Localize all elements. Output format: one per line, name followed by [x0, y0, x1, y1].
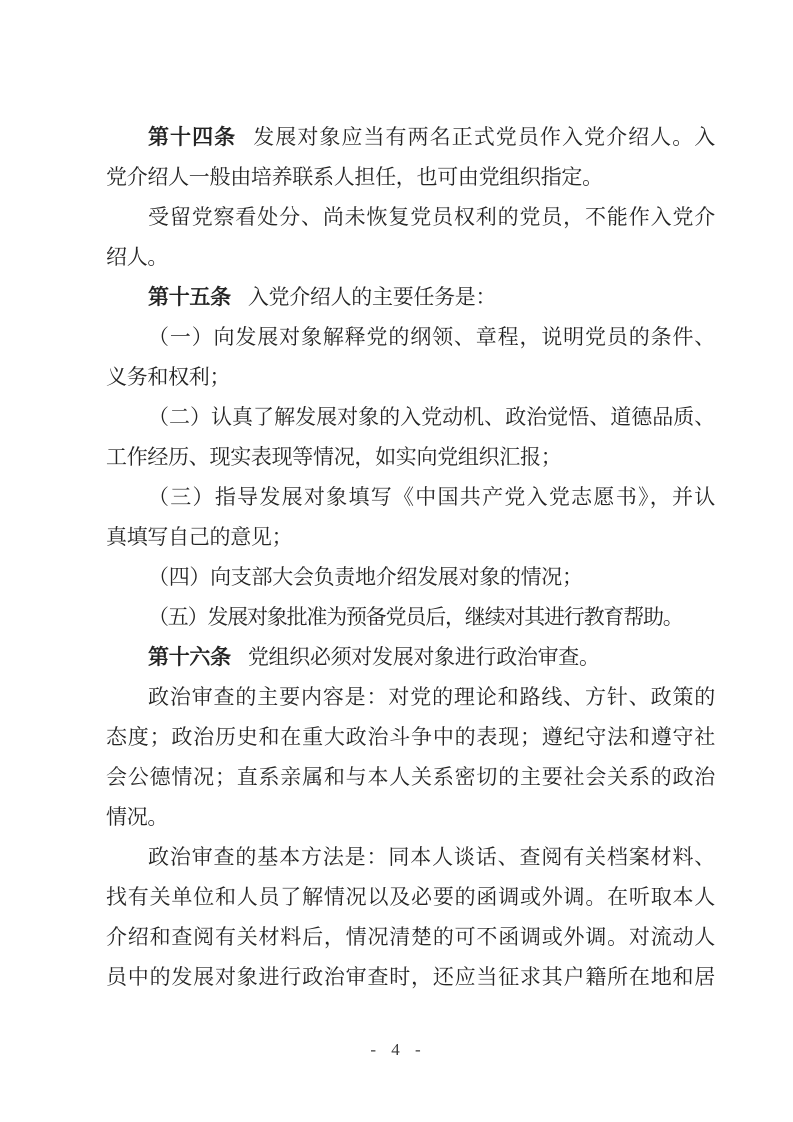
document-page: 第十四条发展对象应当有两名正式党员作入党介绍人。入 党介绍人一般由培养联系人担任…: [0, 0, 793, 1122]
text-line: （三）指导发展对象填写《中国共产党入党志愿书》，并认: [106, 477, 715, 517]
line-text: 受留党察看处分、尚未恢复党员权利的党员，不能作入党介: [148, 205, 715, 229]
text-line: 找有关单位和人员了解情况以及必要的函调或外调。在听取本人: [106, 877, 715, 917]
line-text: （二）认真了解发展对象的入党动机、政治觉悟、道德品质、: [148, 405, 715, 429]
line-text: 情况。: [106, 805, 168, 829]
text-line: （二）认真了解发展对象的入党动机、政治觉悟、道德品质、: [106, 397, 715, 437]
text-line: 义务和权利；: [106, 357, 715, 397]
line-text: 政治审查的基本方法是：同本人谈话、查阅有关档案材料、: [148, 845, 715, 869]
line-text: 党介绍人一般由培养联系人担任，也可由党组织指定。: [106, 165, 603, 189]
line-text: （五）发展对象批准为预备党员后，继续对其进行教育帮助。: [148, 605, 683, 629]
line-text: （四）向支部大会负责地介绍发展对象的情况；: [148, 565, 583, 589]
line-text: 员中的发展对象进行政治审查时，还应当征求其户籍所在地和居: [106, 965, 715, 989]
text-line: 党介绍人一般由培养联系人担任，也可由党组织指定。: [106, 157, 715, 197]
text-line: 员中的发展对象进行政治审查时，还应当征求其户籍所在地和居: [106, 957, 715, 997]
text-block: 第十四条发展对象应当有两名正式党员作入党介绍人。入 党介绍人一般由培养联系人担任…: [106, 117, 715, 997]
text-line: 政治审查的基本方法是：同本人谈话、查阅有关档案材料、: [106, 837, 715, 877]
line-text: 义务和权利；: [106, 365, 230, 389]
text-line: （五）发展对象批准为预备党员后，继续对其进行教育帮助。: [106, 597, 715, 637]
text-line: 绍人。: [106, 237, 715, 277]
text-line: 第十四条发展对象应当有两名正式党员作入党介绍人。入: [106, 117, 715, 157]
line-text: 入党介绍人的主要任务是：: [248, 285, 496, 309]
text-line: 第十五条入党介绍人的主要任务是：: [106, 277, 715, 317]
article-number: 第十四条: [148, 125, 236, 149]
line-text: （一）向发展对象解释党的纲领、章程，说明党员的条件、: [148, 325, 715, 349]
article-number: 第十六条: [148, 645, 231, 669]
line-text: 会公德情况；直系亲属和与本人关系密切的主要社会关系的政治: [106, 765, 715, 789]
text-line: 态度；政治历史和在重大政治斗争中的表现；遵纪守法和遵守社: [106, 717, 715, 757]
line-text: 政治审查的主要内容是：对党的理论和路线、方针、政策的: [148, 685, 715, 709]
line-text: 发展对象应当有两名正式党员作入党介绍人。入: [253, 125, 715, 149]
text-line: 真填写自己的意见；: [106, 517, 715, 557]
line-text: 态度；政治历史和在重大政治斗争中的表现；遵纪守法和遵守社: [106, 725, 715, 749]
line-text: 真填写自己的意见；: [106, 525, 292, 549]
line-text: 党组织必须对发展对象进行政治审查。: [248, 645, 600, 669]
text-line: （四）向支部大会负责地介绍发展对象的情况；: [106, 557, 715, 597]
line-text: 工作经历、现实表现等情况，如实向党组织汇报；: [106, 445, 561, 469]
page-number: - 4 -: [0, 1036, 793, 1064]
text-line: 受留党察看处分、尚未恢复党员权利的党员，不能作入党介: [106, 197, 715, 237]
text-line: 工作经历、现实表现等情况，如实向党组织汇报；: [106, 437, 715, 477]
line-text: 找有关单位和人员了解情况以及必要的函调或外调。在听取本人: [106, 885, 715, 909]
article-number: 第十五条: [148, 285, 231, 309]
text-line: 会公德情况；直系亲属和与本人关系密切的主要社会关系的政治: [106, 757, 715, 797]
text-line: 情况。: [106, 797, 715, 837]
line-text: （三）指导发展对象填写《中国共产党入党志愿书》，并认: [148, 485, 715, 509]
text-line: （一）向发展对象解释党的纲领、章程，说明党员的条件、: [106, 317, 715, 357]
line-text: 绍人。: [106, 245, 168, 269]
text-line: 介绍和查阅有关材料后，情况清楚的可不函调或外调。对流动人: [106, 917, 715, 957]
text-line: 第十六条党组织必须对发展对象进行政治审查。: [106, 637, 715, 677]
line-text: 介绍和查阅有关材料后，情况清楚的可不函调或外调。对流动人: [106, 925, 715, 949]
text-line: 政治审查的主要内容是：对党的理论和路线、方针、政策的: [106, 677, 715, 717]
